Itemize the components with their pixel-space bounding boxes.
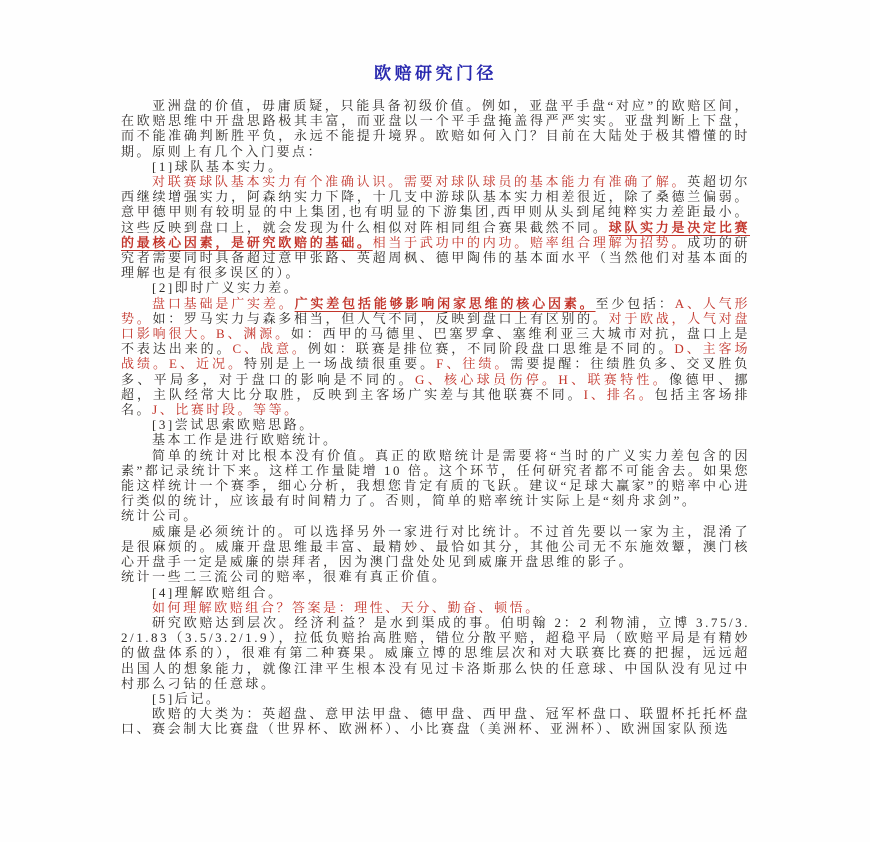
text-run: 研究欧赔达到层次。经济利益？是水到渠成的事。伯明翰 2：2 利物浦，立博 3.7… — [121, 615, 750, 691]
document-content: 欧赔研究门径 亚洲盘的价值，毋庸质疑，只能具备初级价值。例如，亚盘平手盘“对应”… — [121, 64, 750, 737]
paragraph: [2]即时广义实力差。 — [121, 280, 750, 295]
paragraph: 对联赛球队基本实力有个准确认识。需要对球队球员的基本能力有准确了解。英超切尔西继… — [121, 174, 750, 280]
paragraph: 基本工作是进行欧赔统计。 — [121, 432, 750, 447]
highlight-run: 盘口基础是广实差。 — [152, 296, 295, 311]
highlight-run: 广实差包括能够影响闲家思维的核心因素。 — [295, 296, 596, 311]
text-run: [4]理解欧赔组合。 — [152, 585, 284, 600]
text-run: 统计公司。 — [121, 508, 199, 523]
paragraph: 统计一些二三流公司的赔率，很难有真正价值。 — [121, 569, 750, 584]
paragraph: 统计公司。 — [121, 508, 750, 523]
paragraph: [5]后记。 — [121, 691, 750, 706]
text-run: 至少包括： — [596, 296, 675, 311]
paragraph: 盘口基础是广实差。广实差包括能够影响闲家思维的核心因素。至少包括：A、人气形势。… — [121, 296, 750, 418]
highlight-run: C、战意。 — [233, 341, 308, 356]
highlight-run: J、比赛时段。等等。 — [152, 402, 300, 417]
text-run: 欧赔的大类为：英超盘、意甲法甲盘、德甲盘、西甲盘、冠军杯盘口、联盟杯托托杯盘口、… — [121, 706, 750, 736]
highlight-run: 对联赛球队基本实力有个准确认识。需要对球队球员的基本能力有准确了解。 — [152, 174, 687, 189]
text-run: [2]即时广义实力差。 — [152, 280, 299, 295]
text-run: 如：罗马实力与森多相当，但人气不同，反映到盘口上有区别的。 — [152, 311, 608, 326]
highlight-run: F、往绩。 — [436, 356, 510, 371]
highlight-run: 相当于武功中的内功。赔率组合理解为招势。 — [373, 235, 688, 250]
highlight-run: G、核心球员伤停。H、联赛特性。 — [415, 372, 669, 387]
paragraph: 研究欧赔达到层次。经济利益？是水到渠成的事。伯明翰 2：2 利物浦，立博 3.7… — [121, 615, 750, 691]
paragraph: 欧赔的大类为：英超盘、意甲法甲盘、德甲盘、西甲盘、冠军杯盘口、联盟杯托托杯盘口、… — [121, 706, 750, 736]
text-run: 基本工作是进行欧赔统计。 — [152, 432, 339, 447]
paragraph: 如何理解欧赔组合？答案是：理性、天分、勤奋、顿悟。 — [121, 600, 750, 615]
document-page: 欧赔研究门径 亚洲盘的价值，毋庸质疑，只能具备初级价值。例如，亚盘平手盘“对应”… — [0, 0, 870, 842]
paragraphs-container: 亚洲盘的价值，毋庸质疑，只能具备初级价值。例如，亚盘平手盘“对应”的欧赔区间，在… — [121, 98, 750, 737]
paragraph: [1]球队基本实力。 — [121, 159, 750, 174]
text-run: 特别是上一场战绩很重要。 — [244, 356, 436, 371]
paragraph: 亚洲盘的价值，毋庸质疑，只能具备初级价值。例如，亚盘平手盘“对应”的欧赔区间，在… — [121, 98, 750, 159]
paragraph: [3]尝试思索欧赔思路。 — [121, 417, 750, 432]
text-run: 例如：联赛是排位赛，不同阶段盘口思维是不同的。 — [308, 341, 674, 356]
paragraph: 威廉是必须统计的。可以选择另外一家进行对比统计。不过首先要以一家为主，混淆了是很… — [121, 524, 750, 570]
highlight-run: I、排名。 — [584, 387, 655, 402]
text-run: 威廉是必须统计的。可以选择另外一家进行对比统计。不过首先要以一家为主，混淆了是很… — [121, 524, 750, 569]
paragraph: 简单的统计对比根本没有价值。真正的欧赔统计是需要将“当时的广义实力差包含的因素”… — [121, 448, 750, 509]
highlight-run: 如何理解欧赔组合？答案是：理性、天分、勤奋、顿悟。 — [152, 600, 541, 615]
document-title: 欧赔研究门径 — [121, 64, 750, 84]
text-run: [3]尝试思索欧赔思路。 — [152, 417, 315, 432]
text-run: [1]球队基本实力。 — [152, 159, 284, 174]
text-run: 统计一些二三流公司的赔率，很难有真正价值。 — [121, 569, 448, 584]
text-run: 简单的统计对比根本没有价值。真正的欧赔统计是需要将“当时的广义实力差包含的因素”… — [121, 448, 750, 509]
paragraph: [4]理解欧赔组合。 — [121, 585, 750, 600]
text-run: 亚洲盘的价值，毋庸质疑，只能具备初级价值。例如，亚盘平手盘“对应”的欧赔区间，在… — [121, 98, 750, 159]
text-run: [5]后记。 — [152, 691, 221, 706]
